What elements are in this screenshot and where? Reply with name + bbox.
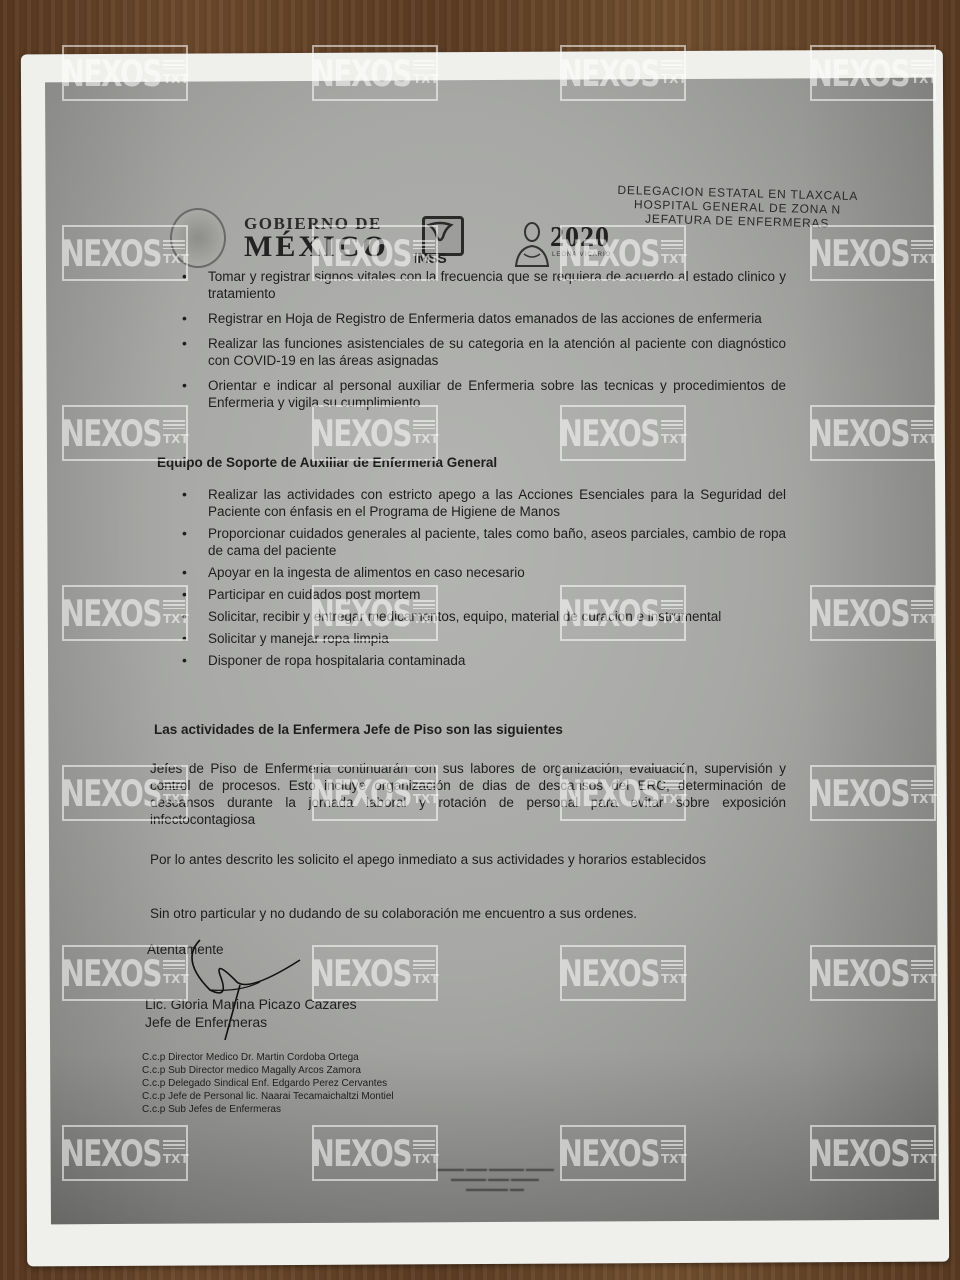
year-caption: LEONA VICARIO bbox=[552, 252, 611, 258]
cc-item: C.c.p Director Medico Dr. Martin Cordoba… bbox=[142, 1051, 394, 1064]
country-label: MÉXICO bbox=[244, 230, 389, 264]
list-item: Disponer de ropa hospitalaria contaminad… bbox=[180, 652, 786, 669]
mexico-coat-of-arms-icon bbox=[170, 208, 226, 268]
list-item: Solicitar y manejar ropa limpia bbox=[180, 630, 786, 647]
signature-block: Lic. Gloria Marina Picazo Cazares Jefe d… bbox=[145, 995, 357, 1031]
duties-list-auxiliary: Realizar las actividades con estricto ap… bbox=[180, 486, 786, 674]
list-item: Registrar en Hoja de Registro de Enferme… bbox=[180, 310, 786, 327]
closing-request: Por lo antes descrito les solicito el ap… bbox=[150, 851, 786, 868]
leona-vicario-portrait-icon bbox=[512, 220, 552, 268]
document-content: DELEGACION ESTATAL EN TLAXCALA HOSPITAL … bbox=[0, 0, 960, 1280]
list-item: Participar en cuidados post mortem bbox=[180, 586, 786, 603]
list-item: Solicitar, recibir y entregar medicament… bbox=[180, 608, 786, 625]
duties-list-nurse: Tomar y registrar signos vitales con la … bbox=[180, 268, 786, 419]
list-item: Tomar y registrar signos vitales con la … bbox=[180, 268, 786, 302]
floor-chief-paragraph: Jefes de Piso de Enfermeria continuarán … bbox=[150, 760, 786, 828]
cc-item: C.c.p Sub Director medico Magally Arcos … bbox=[142, 1064, 394, 1077]
list-item: Orientar e indicar al personal auxiliar … bbox=[180, 377, 786, 411]
list-item: Proporcionar cuidados generales al pacie… bbox=[180, 525, 786, 559]
signer-name: Lic. Gloria Marina Picazo Cazares bbox=[145, 995, 357, 1013]
footer-address-illegible: ▬▬▬▬ ▬▬▬ ▬▬▬▬▬ ▬▬▬▬ ▬▬▬▬▬ ▬▬▬ ▬▬▬▬ ▬▬▬▬▬… bbox=[390, 1165, 600, 1195]
year-label: 2020 bbox=[550, 222, 610, 254]
cc-item: C.c.p Jefe de Personal lic. Naarai Tecam… bbox=[142, 1090, 394, 1103]
list-item: Realizar las actividades con estricto ap… bbox=[180, 486, 786, 520]
imss-label: IMSS bbox=[414, 250, 446, 266]
letterhead-logos: GOBIERNO DE MÉXICO IMSS 2020 LEONA VICAR… bbox=[170, 200, 650, 272]
signer-title: Jefe de Enfermeras bbox=[145, 1013, 357, 1031]
section-heading-floor-chief: Las actividades de la Enfermera Jefe de … bbox=[154, 722, 563, 737]
list-item: Apoyar en la ingesta de alimentos en cas… bbox=[180, 564, 786, 581]
carbon-copy-list: C.c.p Director Medico Dr. Martin Cordoba… bbox=[142, 1051, 394, 1116]
section-heading-auxiliary: Equipo de Soporte de Auxiliar de Enferme… bbox=[157, 455, 497, 470]
list-item: Realizar las funciones asistenciales de … bbox=[180, 335, 786, 369]
cc-item: C.c.p Delegado Sindical Enf. Edgardo Per… bbox=[142, 1077, 394, 1090]
cc-item: C.c.p Sub Jefes de Enfermeras bbox=[142, 1103, 394, 1116]
